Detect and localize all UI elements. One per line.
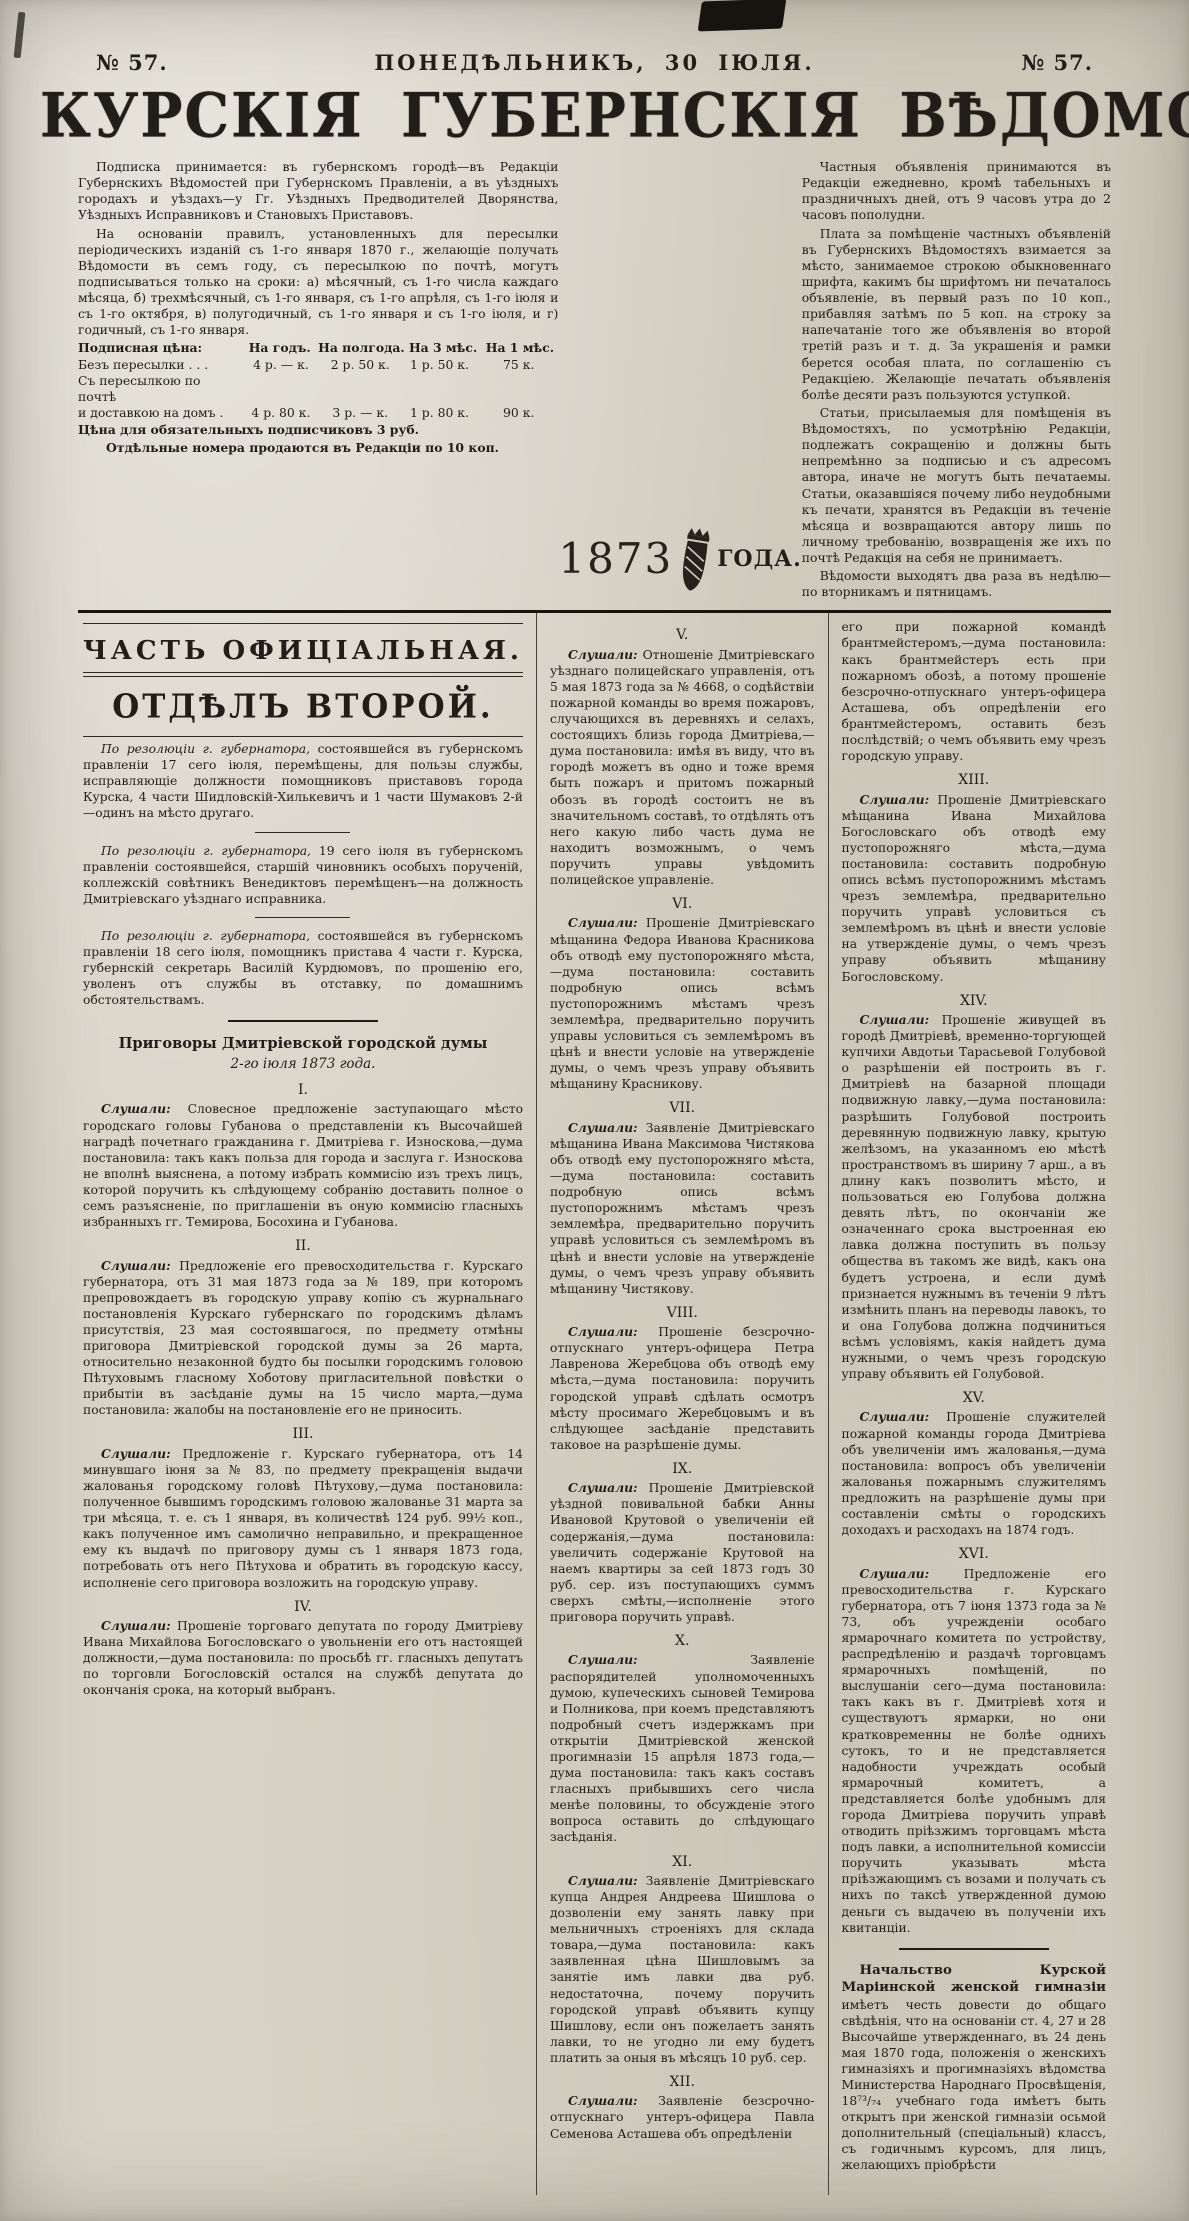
imprint-block: Подписка принимается: въ губернскомъ гор…	[0, 149, 1189, 602]
item-numeral: IV.	[83, 1598, 523, 1616]
masthead-title: КУРСКІЯ ГУБЕРНСКІЯ ВѢДОМОСТИ.	[40, 80, 1149, 151]
duma-verdicts-title: Приговоры Дмитріевской городской думы	[83, 1034, 523, 1053]
body-columns: ЧАСТЬ ОФИЦІАЛЬНАЯ. ОТДѢЛЪ ВТОРОЙ. По рез…	[70, 613, 1119, 2220]
rule	[83, 623, 523, 624]
item-numeral: VII.	[550, 1099, 815, 1117]
item-numeral: IX.	[550, 1460, 815, 1478]
item-numeral: XIII.	[842, 771, 1107, 789]
continuation-paragraph: его при пожарной командѣ брантмейстеромъ…	[842, 619, 1107, 764]
item-numeral: I.	[83, 1081, 523, 1099]
resolution-paragraph: По резолюціи г. губернатора, 19 сего іюл…	[83, 843, 523, 907]
year-badge: 1873 ГОДА.	[558, 159, 801, 602]
price-value: 75 к.	[479, 357, 558, 373]
duma-item: Слушали: Прошеніе безсрочно-отпускнаго у…	[550, 1324, 815, 1453]
duma-item: Слушали: Прошеніе служителей пожарной ко…	[842, 1409, 1107, 1538]
price-row-label: и доставкою на домъ .	[78, 405, 241, 421]
price-col-header: На 3 мѣс.	[405, 340, 482, 356]
coat-of-arms-icon	[673, 524, 717, 595]
price-table: Подписная цѣна: На годъ. На полгода. На …	[78, 340, 558, 421]
item-numeral: VI.	[550, 895, 815, 913]
announcements-info: Частныя объявленія принимаются въ Редакц…	[802, 159, 1111, 602]
column-left: ЧАСТЬ ОФИЦІАЛЬНАЯ. ОТДѢЛЪ ВТОРОЙ. По рез…	[70, 613, 536, 2194]
price-col-header: На полгода.	[318, 340, 405, 356]
price-value: 4 р. 80 к.	[241, 405, 320, 421]
duma-item: Слушали: Прошеніе торговаго депутата по …	[83, 1618, 523, 1698]
section-separator	[899, 1948, 1049, 1950]
item-numeral: XIV.	[842, 992, 1107, 1010]
price-col-header: На годъ.	[241, 340, 318, 356]
second-section-title: ОТДѢЛЪ ВТОРОЙ.	[83, 686, 523, 729]
price-value: 1 р. 50 к.	[400, 357, 479, 373]
official-part-title: ЧАСТЬ ОФИЦІАЛЬНАЯ.	[83, 634, 523, 668]
duma-item: Слушали: Заявленіе распорядителей уполно…	[550, 1652, 815, 1845]
item-numeral: XV.	[842, 1389, 1107, 1407]
page-header: № 57. ПОНЕДѢЛЬНИКЪ, 30 ІЮЛЯ. № 57.	[0, 0, 1189, 75]
duma-verdicts-date: 2-го іюля 1873 года.	[83, 1056, 523, 1074]
price-value: 3 р. — к.	[321, 405, 400, 421]
date-line: ПОНЕДѢЛЬНИКЪ, 30 ІЮЛЯ.	[374, 50, 814, 75]
issue-number-left: № 57.	[96, 50, 168, 75]
price-value: 1 р. 80 к.	[400, 405, 479, 421]
duma-item: Слушали: Прошеніе Дмитріевскаго мѣщанина…	[550, 915, 815, 1092]
duma-item: Слушали: Предложеніе г. Курскаго губерна…	[83, 1446, 523, 1591]
price-row-label: Безъ пересылки . . .	[78, 357, 241, 373]
subscription-paragraph: Подписка принимается: въ губернскомъ гор…	[78, 159, 558, 224]
price-value: 2 р. 50 к.	[321, 357, 400, 373]
item-numeral: III.	[83, 1425, 523, 1443]
paragraph-separator	[255, 832, 350, 833]
column-right: его при пожарной командѣ брантмейстеромъ…	[828, 613, 1120, 2194]
single-issue-price: Отдѣльные номера продаются въ Редакціи п…	[78, 440, 558, 456]
announcement-paragraph: Плата за помѣщеніе частныхъ объявленій в…	[802, 226, 1111, 403]
item-numeral: XII.	[550, 2073, 815, 2091]
ink-smudge	[698, 0, 787, 31]
duma-item: Слушали: Предложеніе его превосходительс…	[83, 1258, 523, 1419]
section-separator	[228, 1020, 378, 1022]
item-numeral: II.	[83, 1237, 523, 1255]
duma-item: Слушали: Словесное предложеніе заступающ…	[83, 1101, 523, 1230]
gymnasium-notice: Начальство Курской Маріинской женской ги…	[842, 1962, 1107, 2174]
announcement-paragraph: Статьи, присылаемыя для помѣщенія въ Вѣд…	[802, 405, 1111, 566]
duma-item: Слушали: Заявленіе безсрочно-отпускнаго …	[550, 2093, 815, 2141]
price-value: 4 р. — к.	[241, 357, 320, 373]
duma-item: Слушали: Заявленіе Дмитріевскаго купца А…	[550, 1873, 815, 2066]
item-numeral: XI.	[550, 1853, 815, 1871]
year-number: 1873	[558, 532, 673, 587]
duma-item: Слушали: Отношеніе Дмитріевскаго уѣзднаг…	[550, 647, 815, 888]
price-row-label: Съ пересылкою по почтѣ	[78, 373, 241, 405]
mandatory-price-note: Цѣна для обязательныхъ подписчиковъ 3 ру…	[78, 422, 558, 438]
subscription-paragraph: На основаніи правилъ, установленныхъ для…	[78, 226, 558, 339]
duma-item: Слушали: Предложеніе его превосходительс…	[842, 1566, 1107, 1936]
duma-item: Слушали: Прошеніе Дмитріевской уѣздной п…	[550, 1480, 815, 1625]
item-numeral: V.	[550, 626, 815, 644]
duma-item: Слушали: Заявленіе Дмитріевскаго мѣщанин…	[550, 1120, 815, 1297]
item-numeral: X.	[550, 1632, 815, 1650]
publication-schedule: Вѣдомости выходятъ два раза въ недѣлю—по…	[802, 568, 1111, 600]
price-table-caption: Подписная цѣна:	[78, 340, 241, 356]
issue-number-right: № 57.	[1021, 50, 1093, 75]
resolution-paragraph: По резолюціи г. губернатора, состоявшейс…	[83, 741, 523, 821]
item-numeral: VIII.	[550, 1304, 815, 1322]
item-numeral: XVI.	[842, 1545, 1107, 1563]
price-value: 90 к.	[479, 405, 558, 421]
duma-item: Слушали: Прошеніе Дмитріевскаго мѣщанина…	[842, 792, 1107, 985]
newspaper-page: № 57. ПОНЕДѢЛЬНИКЪ, 30 ІЮЛЯ. № 57. КУРСК…	[0, 0, 1189, 2221]
duma-item: Слушали: Прошеніе живущей въ городѣ Дмит…	[842, 1012, 1107, 1382]
rule	[83, 736, 523, 737]
announcement-paragraph: Частныя объявленія принимаются въ Редакц…	[802, 159, 1111, 224]
year-word: ГОДА.	[717, 545, 802, 574]
subscription-info: Подписка принимается: въ губернскомъ гор…	[78, 159, 558, 602]
price-col-header: На 1 мѣс.	[482, 340, 559, 356]
rule	[83, 672, 523, 677]
paragraph-separator	[255, 917, 350, 918]
column-middle: V. Слушали: Отношеніе Дмитріевскаго уѣзд…	[536, 613, 828, 2194]
resolution-paragraph: По резолюціи г. губернатора, состоявшейс…	[83, 928, 523, 1008]
